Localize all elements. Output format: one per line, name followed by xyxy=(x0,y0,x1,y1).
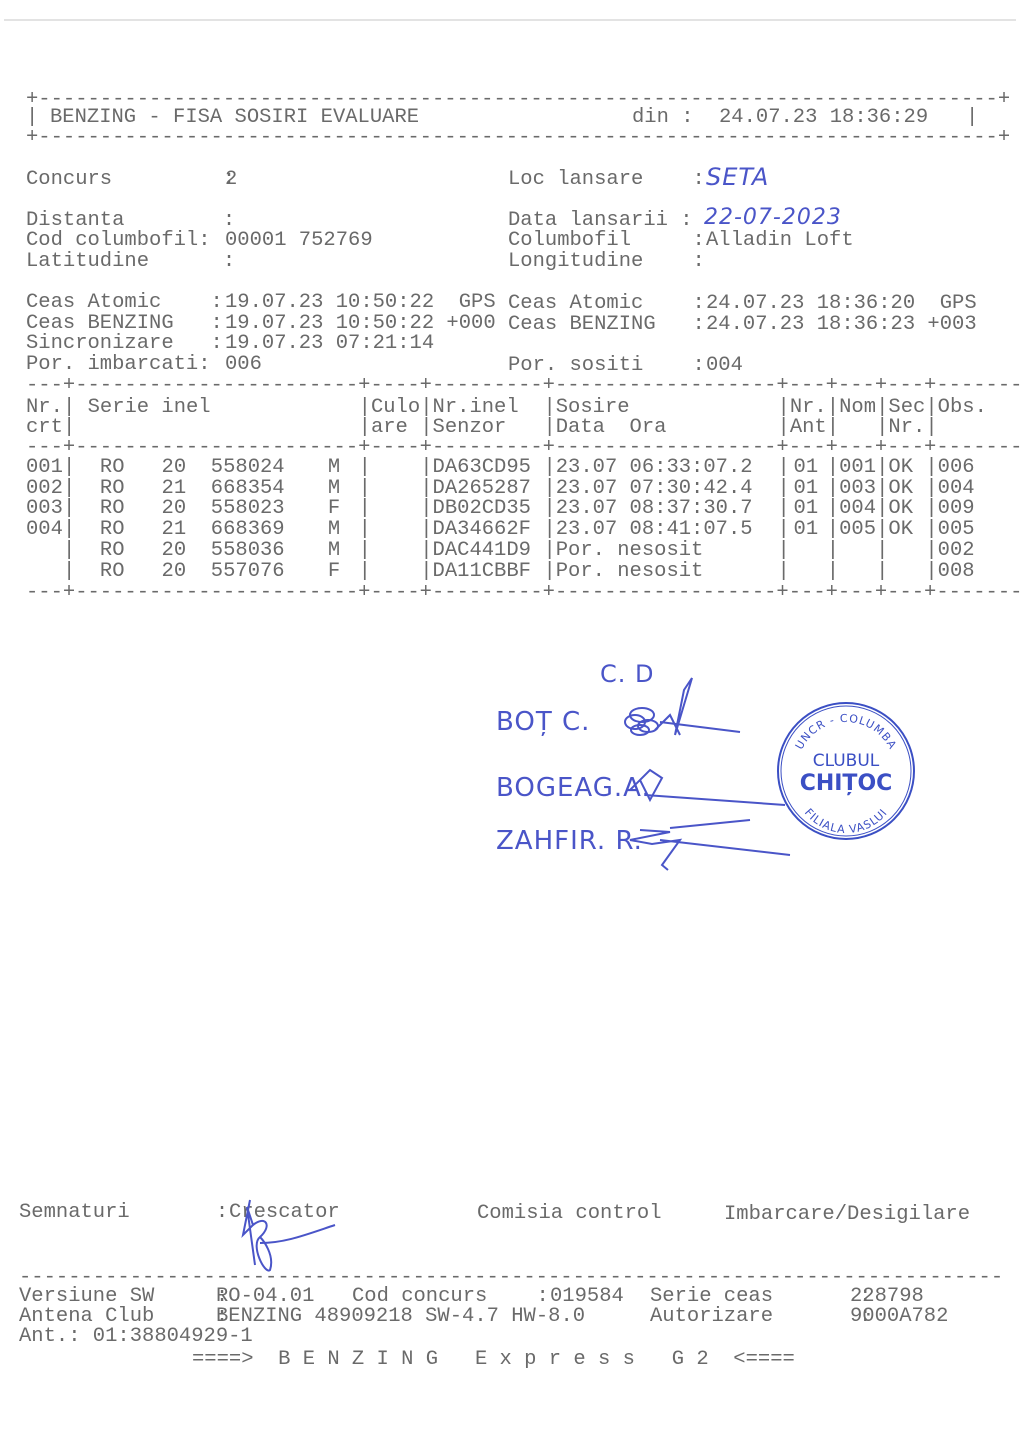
cell-sensor: DA11CBBF xyxy=(433,562,531,583)
cod-columbofil-value: 00001 752769 xyxy=(225,231,373,252)
table-column-divider: | xyxy=(63,499,75,520)
table-column-divider: | xyxy=(420,562,432,583)
cell-antenna: 01 xyxy=(794,520,819,541)
table-header-cell: Nr. xyxy=(888,418,925,439)
loc-lansare-value: SETA xyxy=(706,163,769,191)
data-lansarii-value: 22-07-2023 xyxy=(704,205,842,230)
clock-left-value: 19.07.23 10:50:22 GPS xyxy=(225,293,496,314)
cell-obs: 002 xyxy=(938,541,975,562)
cell-ring-number: 668369 xyxy=(211,520,285,541)
table-column-divider: | xyxy=(876,458,888,479)
cell-antenna: 01 xyxy=(794,458,819,479)
cell-ring-number: 558024 xyxy=(211,458,285,479)
cell-country: RO xyxy=(100,458,125,479)
table-column-divider: | xyxy=(925,479,937,500)
table-header-cell: Obs. xyxy=(938,398,987,419)
table-column-divider: | xyxy=(827,418,839,439)
stamp-line-2: CHIȚOC xyxy=(800,771,893,796)
clock-left-value: 19.07.23 10:50:22 +000 xyxy=(225,314,496,335)
cell-obs: 006 xyxy=(938,458,975,479)
clock-left-value: 006 xyxy=(225,355,262,376)
table-column-divider: | xyxy=(778,562,790,583)
clock-right-label: Ceas BENZING : xyxy=(508,315,705,336)
cell-ring-number: 668354 xyxy=(211,479,285,500)
table-header-cell: Ant xyxy=(790,418,827,439)
page-edge-line xyxy=(4,19,1016,21)
brand-line: ====> B E N Z I N G E x p r e s s G 2 <=… xyxy=(192,1350,795,1371)
clock-left-label: Sincronizare : xyxy=(26,334,223,355)
autorizare-label: Autorizare : xyxy=(650,1307,871,1328)
table-column-divider: | xyxy=(63,418,75,439)
cell-arrival: |Por. nesosit xyxy=(543,541,703,562)
table-column-divider: | xyxy=(925,541,937,562)
comisia-control-label: Comisia control xyxy=(477,1204,662,1225)
cell-sensor: DAC441D9 xyxy=(433,541,531,562)
table-column-divider: | xyxy=(876,541,888,562)
cell-year: 20 xyxy=(162,541,187,562)
table-column-divider: | xyxy=(925,418,937,439)
table-separator-bottom: ---+-----------------------+----+-------… xyxy=(26,583,1024,604)
cell-sex: M xyxy=(328,520,340,541)
cell-nr-crt: 004 xyxy=(26,520,63,541)
clock-left-label: Ceas BENZING : xyxy=(26,314,223,335)
table-header-cell: Data Ora xyxy=(556,418,667,439)
table-column-divider: | xyxy=(778,479,790,500)
cell-sec: OK xyxy=(888,458,913,479)
table-column-divider: | xyxy=(925,562,937,583)
table-column-divider: | xyxy=(63,541,75,562)
cell-sec: OK xyxy=(888,520,913,541)
club-stamp: UNCR - COLUMBA FILIALA VASLUI CLUBUL CHI… xyxy=(775,700,917,842)
table-column-divider: | xyxy=(420,541,432,562)
table-column-divider: | xyxy=(420,418,432,439)
latitudine-label: Latitudine : xyxy=(26,252,235,273)
cell-antenna: 01 xyxy=(794,479,819,500)
table-column-divider: | xyxy=(876,499,888,520)
cell-sex: M xyxy=(328,479,340,500)
member-signatures xyxy=(600,660,800,890)
table-column-divider: | xyxy=(420,499,432,520)
longitudine-label: Longitudine : xyxy=(508,252,705,273)
stamp-line-1: CLUBUL xyxy=(813,751,880,771)
table-column-divider: | xyxy=(359,562,371,583)
cell-arrival: |23.07 07:30:42.4 xyxy=(543,479,752,500)
table-column-divider: | xyxy=(63,520,75,541)
concurs-label: Concurs : xyxy=(26,170,235,191)
table-column-divider: | xyxy=(420,520,432,541)
clock-left-value: 19.07.23 07:21:14 xyxy=(225,334,434,355)
cell-sensor: DA265287 xyxy=(433,479,531,500)
table-column-divider: | xyxy=(778,458,790,479)
cod-columbofil-label: Cod columbofil: xyxy=(26,231,211,252)
cell-arrival: |23.07 08:37:30.7 xyxy=(543,499,752,520)
loc-lansare-label: Loc lansare : xyxy=(508,170,705,191)
table-column-divider: | xyxy=(925,499,937,520)
handwritten-name-1: BOȚ C. xyxy=(496,707,590,737)
table-column-divider: | xyxy=(827,458,839,479)
cell-country: RO xyxy=(100,479,125,500)
cell-arrival: |23.07 06:33:07.2 xyxy=(543,458,752,479)
table-column-divider: | xyxy=(876,479,888,500)
cell-ring-number: 557076 xyxy=(211,562,285,583)
antenna-id: Ant.: 01:38804929-1 xyxy=(19,1327,253,1348)
cell-nom: 005 xyxy=(839,520,876,541)
table-column-divider: | xyxy=(778,418,790,439)
imbarcare-desigilare-label: Imbarcare/Desigilare xyxy=(724,1205,970,1226)
cell-sensor: DA34662F xyxy=(433,520,531,541)
clock-right-label: Ceas Atomic : xyxy=(508,294,705,315)
autorizare-value: 9000A782 xyxy=(850,1307,948,1328)
columbofil-value: Alladin Loft xyxy=(706,231,854,252)
table-column-divider: | xyxy=(63,479,75,500)
cell-sex: M xyxy=(328,458,340,479)
columbofil-label: Columbofil : xyxy=(508,231,705,252)
cell-country: RO xyxy=(100,562,125,583)
table-column-divider: | xyxy=(420,479,432,500)
cell-arrival: |Por. nesosit xyxy=(543,562,703,583)
table-header-cell: are xyxy=(371,418,408,439)
semnaturi-label: Semnaturi : xyxy=(19,1203,228,1224)
table-column-divider: | xyxy=(827,541,839,562)
cell-year: 21 xyxy=(162,479,187,500)
table-column-divider: | xyxy=(827,562,839,583)
table-column-divider: | xyxy=(359,418,371,439)
clock-right-value: 24.07.23 18:36:20 GPS xyxy=(706,294,977,315)
cell-year: 20 xyxy=(162,499,187,520)
table-column-divider: | xyxy=(778,541,790,562)
cell-country: RO xyxy=(100,520,125,541)
cell-nr-crt: 001 xyxy=(26,458,63,479)
cell-nom: 004 xyxy=(839,499,876,520)
cell-year: 21 xyxy=(162,520,187,541)
concurs-value: 2 xyxy=(225,170,237,191)
table-column-divider: | xyxy=(827,520,839,541)
table-column-divider: | xyxy=(63,562,75,583)
table-column-divider: | xyxy=(876,418,888,439)
cell-sec: OK xyxy=(888,499,913,520)
table-column-divider: | xyxy=(925,520,937,541)
table-header-cell: crt xyxy=(26,418,63,439)
cell-nr-crt: 002 xyxy=(26,479,63,500)
cell-obs: 008 xyxy=(938,562,975,583)
cell-nom: 003 xyxy=(839,479,876,500)
table-column-divider: | xyxy=(359,541,371,562)
cell-country: RO xyxy=(100,499,125,520)
table-column-divider: | xyxy=(778,499,790,520)
cell-ring-number: 558036 xyxy=(211,541,285,562)
cell-antenna: 01 xyxy=(794,499,819,520)
table-header-cell: Senzor xyxy=(433,418,507,439)
table-column-divider: | xyxy=(827,499,839,520)
cell-year: 20 xyxy=(162,562,187,583)
table-column-divider: | xyxy=(63,458,75,479)
table-column-divider: | xyxy=(876,520,888,541)
cell-sensor: DA63CD95 xyxy=(433,458,531,479)
table-column-divider: | xyxy=(359,520,371,541)
cell-ring-number: 558023 xyxy=(211,499,285,520)
table-column-divider: | xyxy=(827,479,839,500)
clock-left-label: Ceas Atomic : xyxy=(26,293,223,314)
cell-sex: F xyxy=(328,499,340,520)
cell-obs: 004 xyxy=(938,479,975,500)
cell-nom: 001 xyxy=(839,458,876,479)
table-column-divider: | xyxy=(543,418,555,439)
table-column-divider: | xyxy=(420,458,432,479)
cell-obs: 005 xyxy=(938,520,975,541)
clock-left-label: Por. imbarcati: xyxy=(26,355,211,376)
cell-sex: F xyxy=(328,562,340,583)
antena-value: BENZING 48909218 SW-4.7 HW-8.0 xyxy=(216,1307,585,1328)
cell-sensor: DB02CD35 xyxy=(433,499,531,520)
table-column-divider: | xyxy=(359,499,371,520)
table-separator-top: ---+-----------------------+----+-------… xyxy=(26,376,1024,397)
cell-year: 20 xyxy=(162,458,187,479)
cell-sec: OK xyxy=(888,479,913,500)
cell-obs: 009 xyxy=(938,499,975,520)
cell-arrival: |23.07 08:41:07.5 xyxy=(543,520,752,541)
cell-nr-crt: 003 xyxy=(26,499,63,520)
table-column-divider: | xyxy=(925,458,937,479)
cell-sex: M xyxy=(328,541,340,562)
table-column-divider: | xyxy=(359,458,371,479)
cell-country: RO xyxy=(100,541,125,562)
table-column-divider: | xyxy=(778,520,790,541)
table-header-cell: Serie inel xyxy=(88,398,211,419)
table-column-divider: | xyxy=(359,479,371,500)
header-border-bottom: +---------------------------------------… xyxy=(26,128,1010,149)
clock-right-value: 24.07.23 18:36:23 +003 xyxy=(706,315,977,336)
table-header-cell: Nom xyxy=(839,398,876,419)
table-column-divider: | xyxy=(876,562,888,583)
